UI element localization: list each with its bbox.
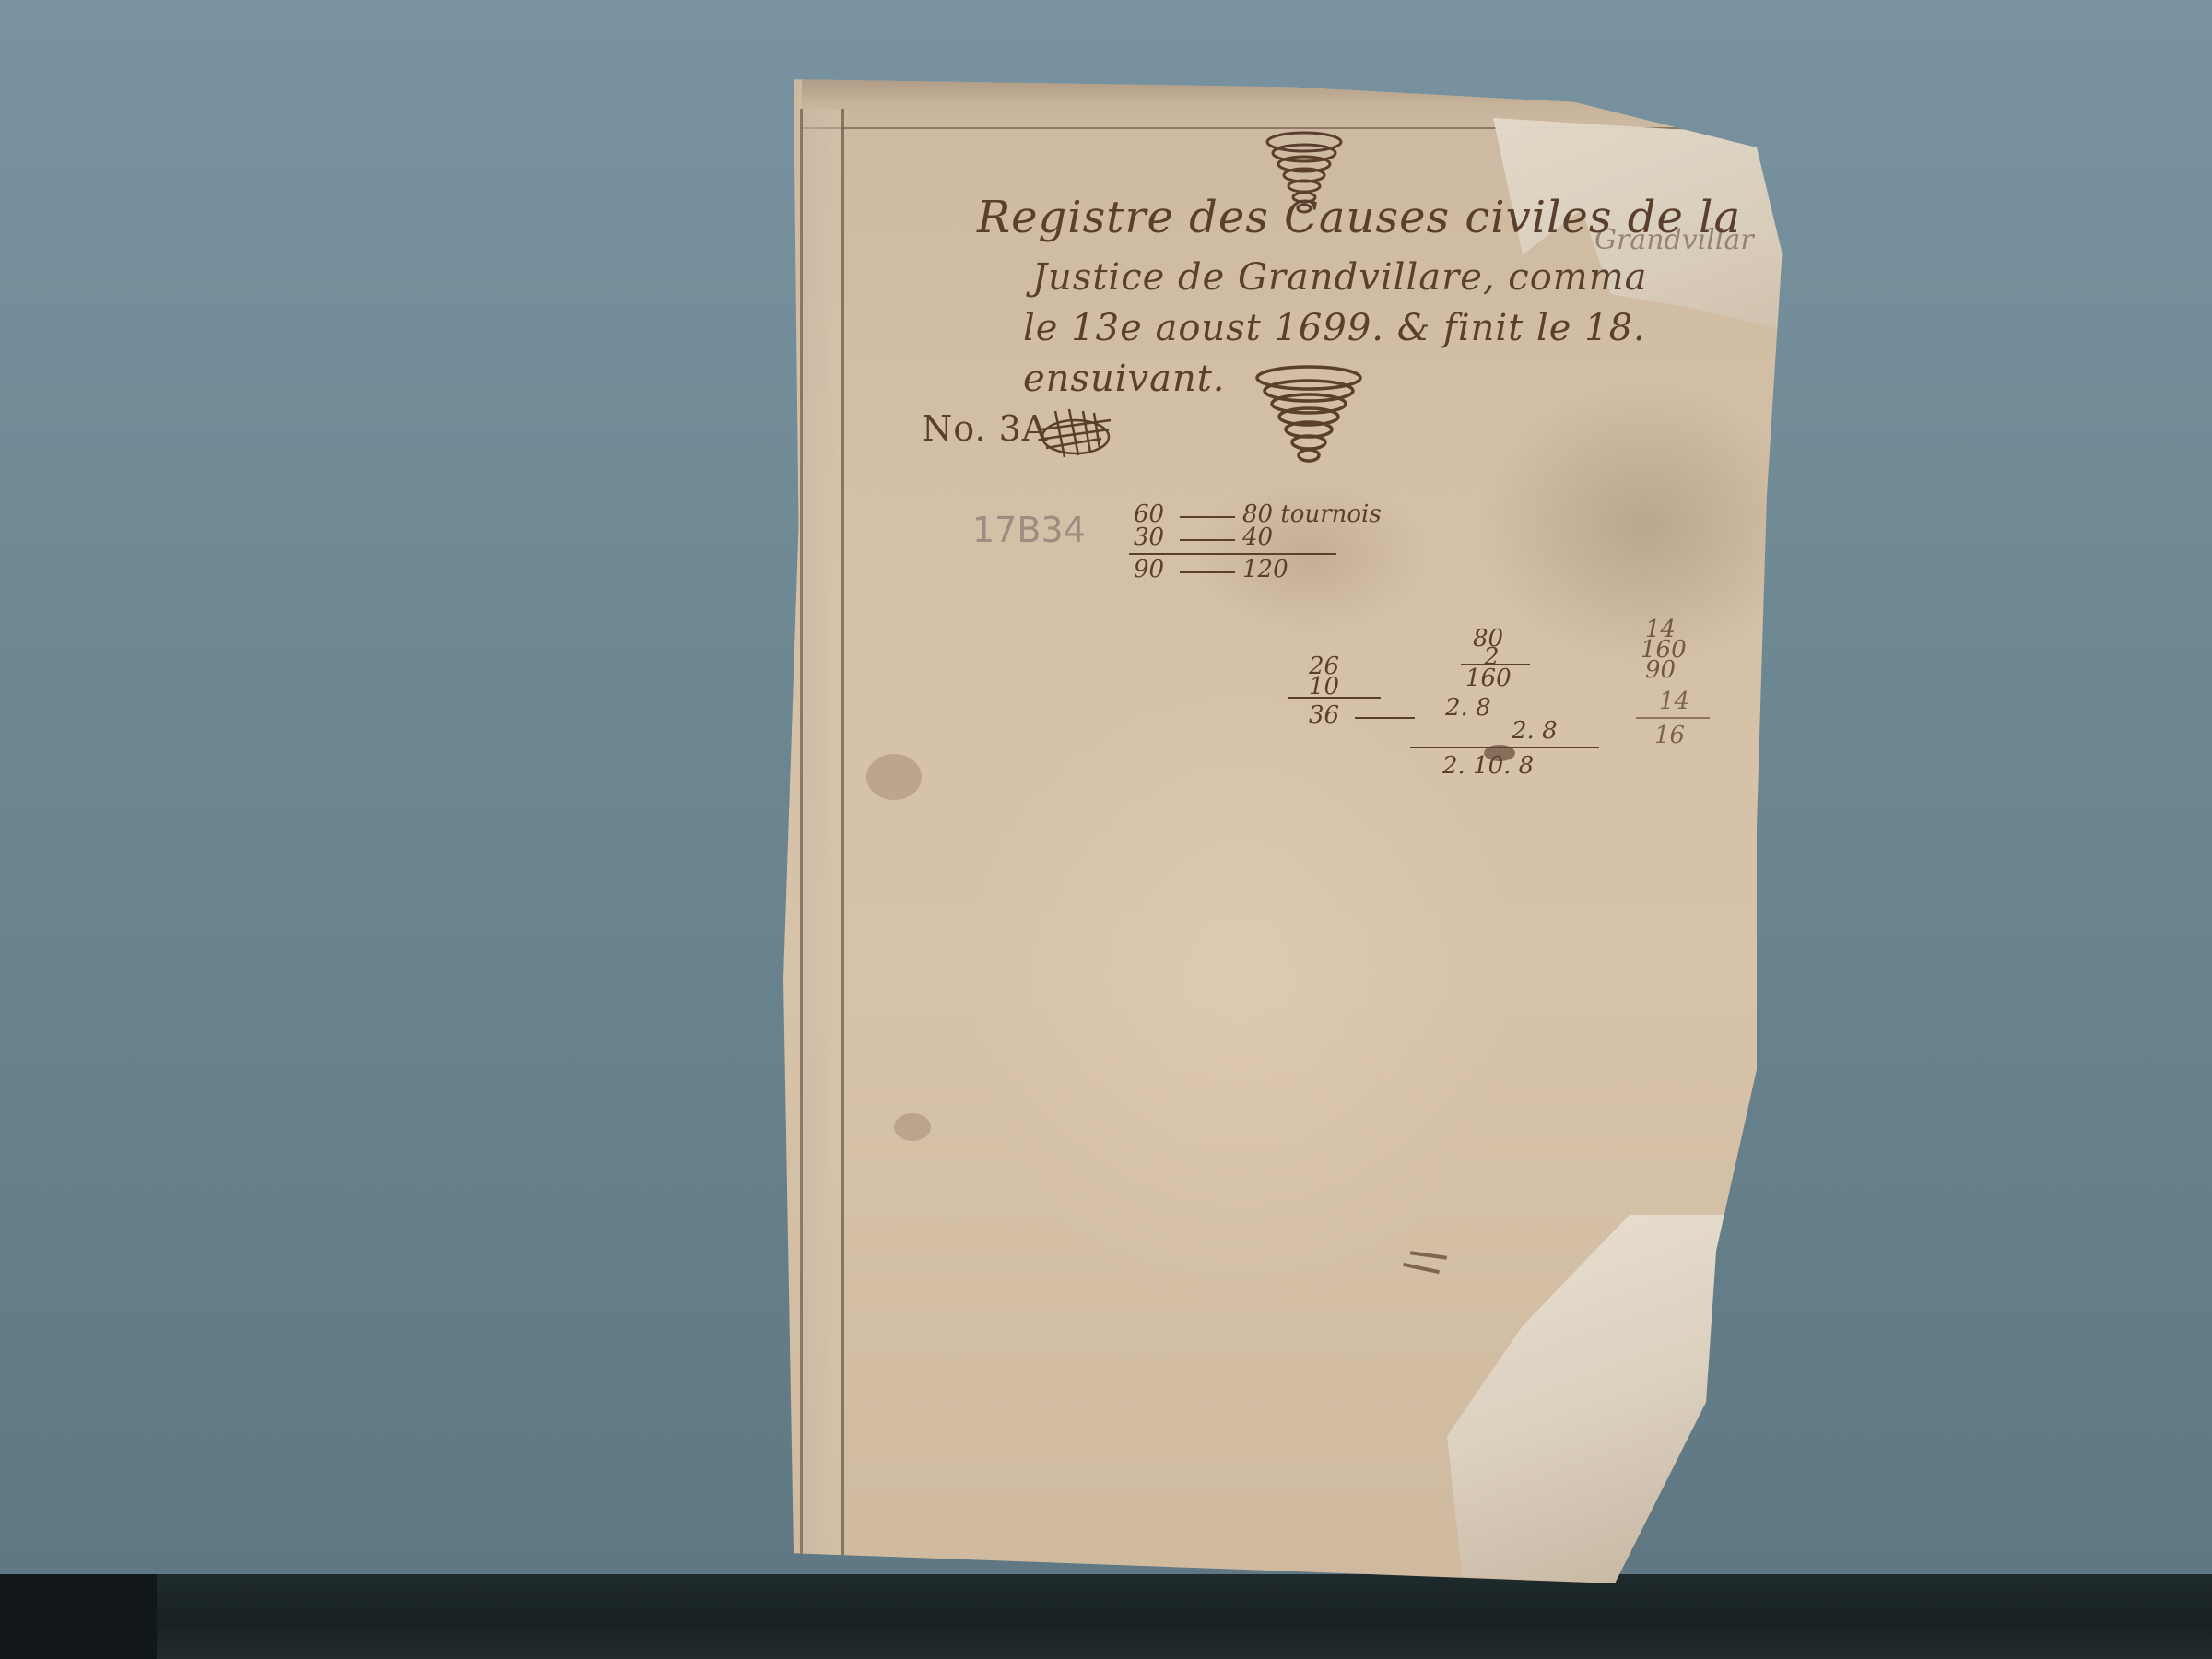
stain [866, 754, 922, 800]
calc2-add-line: 2. 8 [1512, 717, 1558, 745]
calc2-product: 160 [1465, 665, 1512, 692]
calc2-grand-total: 2. 10. 8 [1442, 752, 1534, 780]
ink-mark [1410, 1251, 1447, 1260]
margin-line-4: 14 [1659, 688, 1689, 715]
stain [894, 1113, 931, 1141]
calc1-row2-right: 40 [1242, 524, 1273, 551]
pencil-shelfmark: 17B34 [972, 510, 1086, 550]
sum-rule [1129, 553, 1336, 555]
shelf-shadow [0, 1574, 157, 1659]
calc1-total-left: 90 [1134, 556, 1164, 583]
dash [1180, 516, 1235, 518]
margin-rule [1636, 717, 1710, 719]
calc2-result: 2. 8 [1445, 694, 1491, 722]
shelf [0, 1574, 2212, 1659]
dash [1355, 717, 1415, 719]
scribble-mark-icon [1037, 402, 1120, 466]
calc1-total-right: 120 [1242, 556, 1288, 583]
sum-rule [1288, 697, 1381, 699]
margin-line-5: 16 [1654, 722, 1685, 749]
number-label: No. 3A [922, 408, 1048, 449]
title-line-4: ensuivant. [1023, 358, 1226, 400]
title-line-1: Registre des Causes civiles de la [977, 192, 1741, 243]
margin-line-3: 90 [1645, 656, 1676, 684]
manuscript-cover: Grandvillar Registre des Causes civiles … [783, 72, 1797, 1583]
binding-spine [800, 109, 844, 1565]
total-rule [1410, 747, 1599, 748]
calc1-row2-left: 30 [1134, 524, 1164, 551]
title-line-2: Justice de Grandvillare, comma [1032, 256, 1648, 299]
calc2-sum: 36 [1309, 701, 1339, 729]
ink-mark [1403, 1263, 1440, 1274]
title-line-3: le 13e aoust 1699. & finit le 18. [1023, 307, 1646, 349]
spiral-flourish-middle-icon [1253, 365, 1364, 476]
dash [1180, 571, 1235, 573]
dash [1180, 539, 1235, 541]
